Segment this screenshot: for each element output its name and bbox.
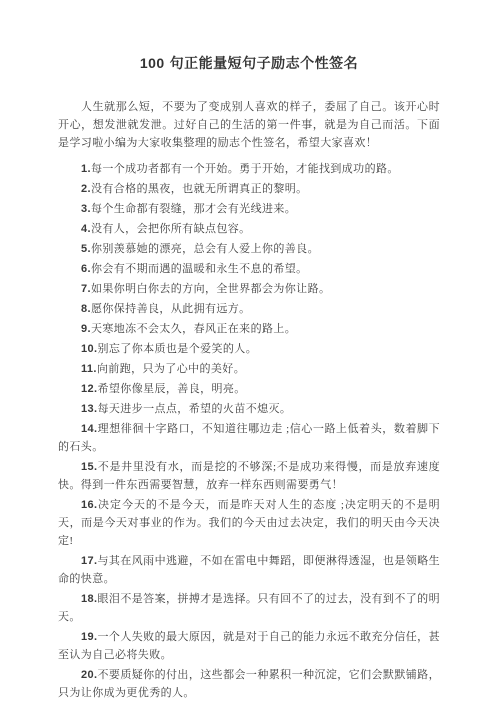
page-title-number: 100: [140, 55, 165, 71]
quote-text: 向前跑，只为了心中的美好。: [97, 363, 245, 375]
quote-text: 天寒地冻不会太久，春风正在来的路上。: [91, 323, 296, 335]
quote-text: 不要质疑你的付出，这些都会一种累积一种沉淀，它们会默默铺路，只为让你成为更优秀的…: [58, 669, 440, 699]
quote-number: 17.: [81, 555, 98, 567]
quote-item-19: 19.一个人失败的最大原因，就是对于自己的能力永远不敢充分信任，甚至认为自己必将…: [58, 628, 440, 664]
quote-text: 决定今天的不是今天，而是昨天对人生的态度 ;决定明天的不是明天，而是今天对事业的…: [58, 499, 440, 547]
quote-item-4: 4.没有人，会把你所有缺点包容。: [58, 220, 440, 238]
quote-text: 没有人，会把你所有缺点包容。: [91, 223, 251, 235]
quote-text: 愿你保持善良，从此拥有远方。: [91, 303, 251, 315]
quote-item-10: 10.别忘了你本质也是个爱笑的人。: [58, 340, 440, 358]
quote-number: 18.: [81, 593, 98, 605]
quote-item-6: 6.你会有不期而遇的温暖和永生不息的希望。: [58, 260, 440, 278]
quote-number: 9.: [81, 323, 91, 335]
quote-text: 你别羡慕她的漂亮，总会有人爱上你的善良。: [91, 243, 319, 255]
quote-item-16: 16.决定今天的不是今天，而是昨天对人生的态度 ;决定明天的不是明天，而是今天对…: [58, 496, 440, 550]
quote-item-9: 9.天寒地冻不会太久，春风正在来的路上。: [58, 320, 440, 338]
quote-item-12: 12.希望你像星辰，善良，明亮。: [58, 380, 440, 398]
quote-item-5: 5.你别羡慕她的漂亮，总会有人爱上你的善良。: [58, 240, 440, 258]
quote-number: 13.: [81, 403, 98, 415]
quote-item-13: 13.每天进步一点点，希望的火苗不熄灭。: [58, 400, 440, 418]
quote-number: 19.: [81, 631, 98, 643]
quote-number: 6.: [81, 263, 91, 275]
quote-item-17: 17.与其在风雨中逃避，不如在雷电中舞蹈，即便淋得透湿，也是领略生命的快意。: [58, 552, 440, 588]
quote-number: 4.: [81, 223, 91, 235]
quote-item-14: 14.理想徘徊十字路口，不知道往哪边走 ;信心一路上低着头，数着脚下的石头。: [58, 420, 440, 456]
quote-text: 理想徘徊十字路口，不知道往哪边走 ;信心一路上低着头，数着脚下的石头。: [58, 423, 440, 453]
intro-paragraph: 人生就那么短，不要为了变成别人喜欢的样子，委屈了自己。该开心时开心，想发泄就发泄…: [58, 98, 440, 152]
quote-list: 1.每一个成功者都有一个开始。勇于开始，才能找到成功的路。 2.没有合格的黑夜，…: [58, 160, 440, 702]
quote-number: 5.: [81, 243, 91, 255]
quote-item-18: 18.眼泪不是答案，拼搏才是选择。只有回不了的过去，没有到不了的明天。: [58, 590, 440, 626]
quote-number: 2.: [81, 183, 91, 195]
quote-number: 11.: [81, 363, 97, 375]
quote-item-1: 1.每一个成功者都有一个开始。勇于开始，才能找到成功的路。: [58, 160, 440, 178]
quote-number: 16.: [81, 499, 98, 511]
quote-item-15: 15.不是井里没有水，而是挖的不够深;不是成功来得慢，而是放弃速度快。得到一件东…: [58, 458, 440, 494]
quote-text: 你会有不期而遇的温暖和永生不息的希望。: [91, 263, 308, 275]
page-title: 100句正能量短句子励志个性签名: [58, 54, 440, 74]
quote-text: 一个人失败的最大原因，就是对于自己的能力永远不敢充分信任，甚至认为自己必将失败。: [58, 631, 440, 661]
quote-text: 没有合格的黑夜，也就无所谓真正的黎明。: [91, 183, 308, 195]
quote-number: 20.: [81, 669, 98, 681]
quote-number: 15.: [81, 461, 98, 473]
quote-text: 不是井里没有水，而是挖的不够深;不是成功来得慢，而是放弃速度快。得到一件东西需要…: [58, 461, 440, 491]
quote-item-2: 2.没有合格的黑夜，也就无所谓真正的黎明。: [58, 180, 440, 198]
quote-number: 14.: [81, 423, 98, 435]
quote-text: 每一个成功者都有一个开始。勇于开始，才能找到成功的路。: [91, 163, 399, 175]
quote-item-3: 3.每个生命都有裂缝，那才会有光线进来。: [58, 200, 440, 218]
quote-text: 别忘了你本质也是个爱笑的人。: [98, 343, 258, 355]
document-page: 100句正能量短句子励志个性签名 人生就那么短，不要为了变成别人喜欢的样子，委屈…: [0, 0, 500, 708]
quote-number: 7.: [81, 283, 91, 295]
quote-number: 12.: [81, 383, 98, 395]
quote-number: 1.: [81, 163, 91, 175]
quote-text: 每天进步一点点，希望的火苗不熄灭。: [98, 403, 292, 415]
quote-number: 8.: [81, 303, 91, 315]
quote-item-11: 11.向前跑，只为了心中的美好。: [58, 360, 440, 378]
quote-text: 如果你明白你去的方向，全世界都会为你让路。: [91, 283, 330, 295]
quote-text: 希望你像星辰，善良，明亮。: [98, 383, 246, 395]
page-title-text: 句正能量短句子励志个性签名: [170, 57, 359, 72]
quote-number: 3.: [81, 203, 91, 215]
quote-text: 与其在风雨中逃避，不如在雷电中舞蹈，即便淋得透湿，也是领略生命的快意。: [58, 555, 440, 585]
quote-item-7: 7.如果你明白你去的方向，全世界都会为你让路。: [58, 280, 440, 298]
quote-text: 每个生命都有裂缝，那才会有光线进来。: [91, 203, 296, 215]
quote-number: 10.: [81, 343, 98, 355]
quote-item-20: 20.不要质疑你的付出，这些都会一种累积一种沉淀，它们会默默铺路，只为让你成为更…: [58, 666, 440, 702]
quote-item-8: 8.愿你保持善良，从此拥有远方。: [58, 300, 440, 318]
quote-text: 眼泪不是答案，拼搏才是选择。只有回不了的过去，没有到不了的明天。: [58, 593, 440, 623]
